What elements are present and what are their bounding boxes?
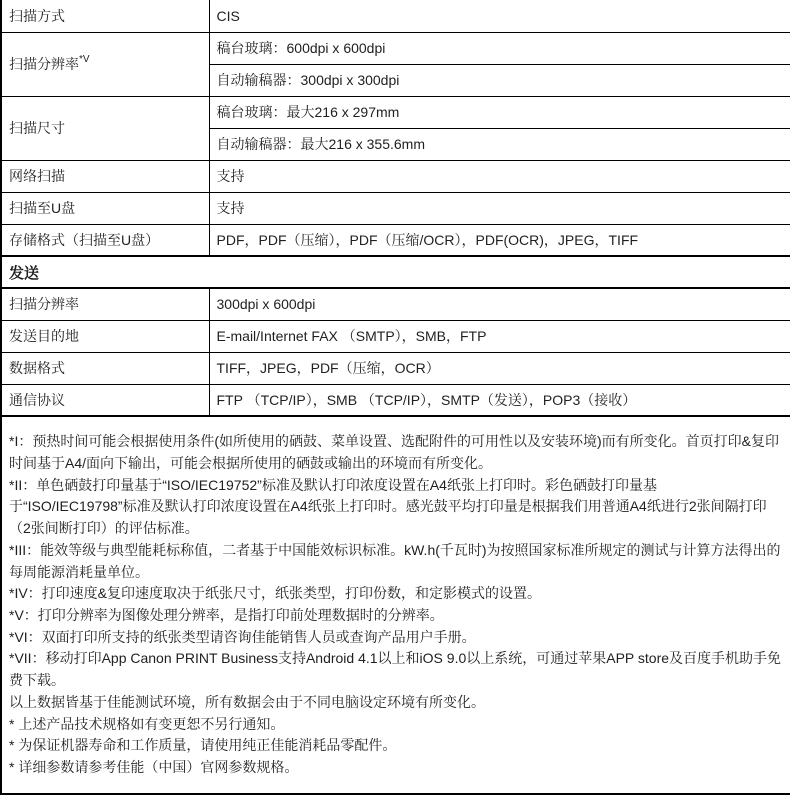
table-row: 扫描分辨率 300dpi x 600dpi bbox=[1, 288, 790, 320]
spec-row-label: 扫描至U盘 bbox=[1, 192, 209, 224]
spec-row-value: 稿台玻璃：600dpi x 600dpi bbox=[209, 32, 790, 64]
footnote-line: * 详细参数请参考佳能（中国）官网参数规格。 bbox=[9, 757, 783, 779]
table-row: 发送目的地 E-mail/Internet FAX （SMTP），SMB，FTP bbox=[1, 320, 790, 352]
spec-row-value: FTP （TCP/IP），SMB （TCP/IP），SMTP（发送），POP3（… bbox=[209, 384, 790, 416]
spec-row-label: 扫描分辨率*V bbox=[1, 32, 209, 96]
spec-row-label: 扫描方式 bbox=[1, 0, 209, 32]
footnote-line: *III：能效等级与典型能耗标称值，二者基于中国能效标识标准。kW.h(千瓦时)… bbox=[9, 540, 783, 583]
spec-row-value: CIS bbox=[209, 0, 790, 32]
spec-row-value: TIFF，JPEG，PDF（压缩，OCR） bbox=[209, 352, 790, 384]
spec-row-value: 300dpi x 600dpi bbox=[209, 288, 790, 320]
spec-row-label-text: 扫描分辨率 bbox=[9, 56, 79, 72]
footnote-line: * 为保证机器寿命和工作质量，请使用纯正佳能消耗品零配件。 bbox=[9, 735, 783, 757]
footnote-line: *II：单色硒鼓打印量基于“ISO/IEC19752”标准及默认打印浓度设置在A… bbox=[9, 475, 783, 540]
footnote-line: 以上数据皆基于佳能测试环境，所有数据会由于不同电脑设定环境有所变化。 bbox=[9, 692, 783, 714]
footnote-line: * 上述产品技术规格如有变更恕不另行通知。 bbox=[9, 714, 783, 736]
table-row: 扫描方式 CIS bbox=[1, 0, 790, 32]
footnotes-area: *I：预热时间可能会根据使用条件(如所使用的硒鼓、菜单设置、选配附件的可用性以及… bbox=[1, 416, 790, 794]
spec-row-label: 存储格式（扫描至U盘） bbox=[1, 224, 209, 256]
footnote-line: *VII：移动打印App Canon PRINT Business支持Andro… bbox=[9, 648, 783, 691]
spec-row-value: 自动输稿器：300dpi x 300dpi bbox=[209, 64, 790, 96]
spec-row-label: 网络扫描 bbox=[1, 160, 209, 192]
table-row: 扫描分辨率*V 稿台玻璃：600dpi x 600dpi bbox=[1, 32, 790, 64]
footnote-line: *I：预热时间可能会根据使用条件(如所使用的硒鼓、菜单设置、选配附件的可用性以及… bbox=[9, 431, 783, 474]
footnote-line: *V：打印分辨率为图像处理分辨率，是指打印前处理数据时的分辨率。 bbox=[9, 605, 783, 627]
spec-row-value: 自动输稿器：最大216 x 355.6mm bbox=[209, 128, 790, 160]
spec-row-value: E-mail/Internet FAX （SMTP），SMB，FTP bbox=[209, 320, 790, 352]
footnote-line: *IV：打印速度&复印速度取决于纸张尺寸，纸张类型，打印份数，和定影模式的设置。 bbox=[9, 583, 783, 605]
table-row: 扫描至U盘 支持 bbox=[1, 192, 790, 224]
table-row: 数据格式 TIFF，JPEG，PDF（压缩，OCR） bbox=[1, 352, 790, 384]
table-row: 扫描尺寸 稿台玻璃：最大216 x 297mm bbox=[1, 96, 790, 128]
spec-row-label: 扫描尺寸 bbox=[1, 96, 209, 160]
spec-row-value: 支持 bbox=[209, 160, 790, 192]
spec-row-value: PDF，PDF（压缩），PDF（压缩/OCR），PDF(OCR)，JPEG，TI… bbox=[209, 224, 790, 256]
table-row: 网络扫描 支持 bbox=[1, 160, 790, 192]
spec-row-label: 数据格式 bbox=[1, 352, 209, 384]
spec-row-label: 扫描分辨率 bbox=[1, 288, 209, 320]
spec-row-label: 通信协议 bbox=[1, 384, 209, 416]
spec-row-label: 发送目的地 bbox=[1, 320, 209, 352]
spec-row-value: 支持 bbox=[209, 192, 790, 224]
section-header-send: 发送 bbox=[1, 256, 790, 288]
table-row: 存储格式（扫描至U盘） PDF，PDF（压缩），PDF（压缩/OCR），PDF(… bbox=[1, 224, 790, 256]
spec-row-value: 稿台玻璃：最大216 x 297mm bbox=[209, 96, 790, 128]
footnotes-row: *I：预热时间可能会根据使用条件(如所使用的硒鼓、菜单设置、选配附件的可用性以及… bbox=[1, 416, 790, 794]
spec-page: 扫描方式 CIS 扫描分辨率*V 稿台玻璃：600dpi x 600dpi 自动… bbox=[0, 0, 790, 803]
footnote-line: *VI：双面打印所支持的纸张类型请咨询佳能销售人员或查询产品用户手册。 bbox=[9, 627, 783, 649]
table-section-row: 发送 bbox=[1, 256, 790, 288]
table-row: 通信协议 FTP （TCP/IP），SMB （TCP/IP），SMTP（发送），… bbox=[1, 384, 790, 416]
spec-table: 扫描方式 CIS 扫描分辨率*V 稿台玻璃：600dpi x 600dpi 自动… bbox=[0, 0, 790, 795]
footnote-marker: *V bbox=[79, 54, 90, 65]
